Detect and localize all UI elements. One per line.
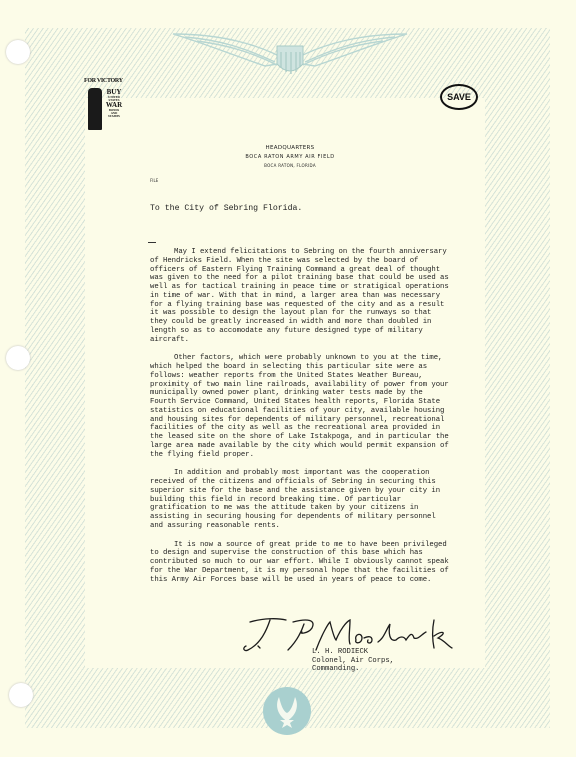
punch-hole	[6, 346, 30, 370]
unit-name: BOCA RATON ARMY AIR FIELD	[160, 154, 420, 160]
signer-name: L. H. RODIECK	[312, 648, 394, 657]
signer-role: Commanding.	[312, 665, 394, 674]
war-bonds-poster: FOR VICTORY BUY UNITED STATES WAR BONDS …	[86, 80, 124, 132]
headquarters-label: HEADQUARTERS	[160, 145, 420, 151]
letter-body: May I extend felicitations to Sebring on…	[150, 248, 450, 594]
signer-rank: Colonel, Air Corps,	[312, 657, 394, 666]
location: BOCA RATON, FLORIDA	[160, 163, 420, 168]
paragraph: May I extend felicitations to Sebring on…	[150, 248, 450, 344]
punch-hole	[9, 683, 33, 707]
salutation: To the City of Sebring Florida.	[150, 204, 302, 213]
save-badge: SAVE	[440, 84, 478, 110]
file-label: FILE	[150, 178, 158, 183]
signature-block: L. H. RODIECK Colonel, Air Corps, Comman…	[312, 648, 394, 674]
margin-mark	[148, 242, 156, 243]
punch-hole	[6, 40, 30, 64]
paragraph: In addition and probably most important …	[150, 469, 450, 530]
letter-page: FOR VICTORY BUY UNITED STATES WAR BONDS …	[0, 0, 576, 757]
army-air-forces-emblem-icon	[263, 687, 311, 735]
paragraph: It is now a source of great pride to me …	[150, 541, 450, 585]
paragraph: Other factors, which were probably unkno…	[150, 354, 450, 459]
soldier-figure-icon	[88, 88, 102, 130]
air-corps-wings-icon	[165, 22, 415, 77]
letterhead: HEADQUARTERS BOCA RATON ARMY AIR FIELD B…	[160, 145, 420, 168]
